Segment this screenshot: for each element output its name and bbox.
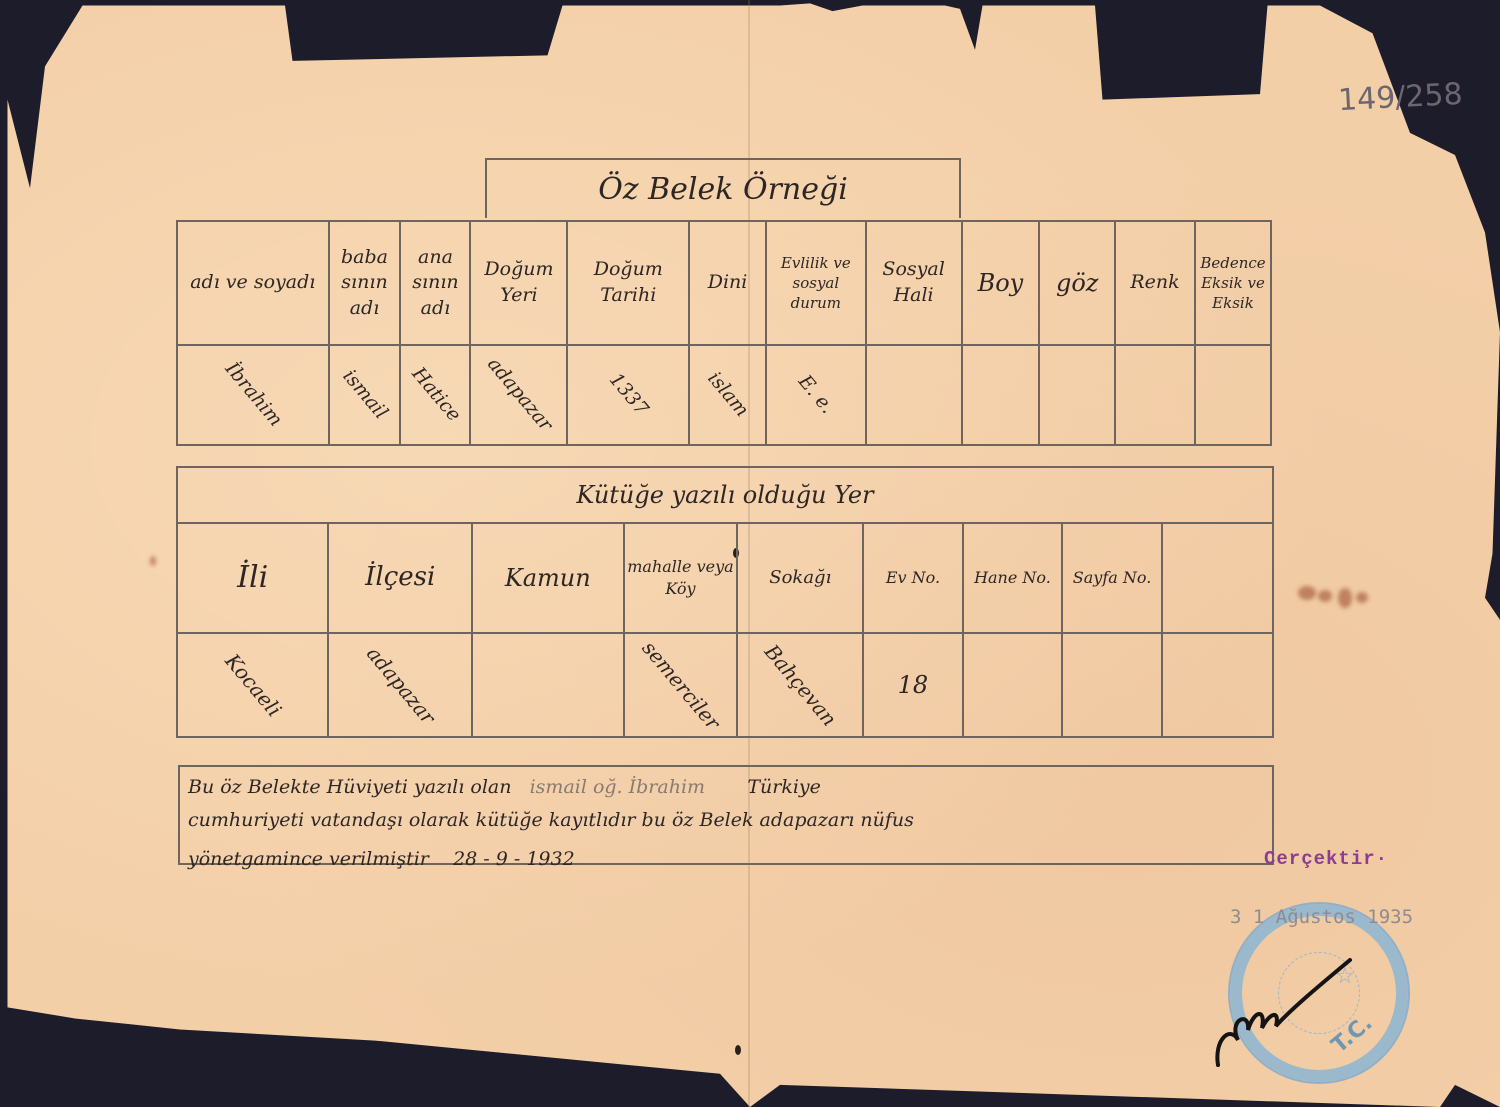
- certification-note: Bu öz Belekte Hüviyeti yazılı olan ismai…: [178, 765, 1274, 865]
- value-cell: [963, 633, 1063, 737]
- value-cell: adapazar: [470, 345, 567, 445]
- value-cell: [1062, 633, 1162, 737]
- table-header-row: adı ve soyadı baba sının adı ana sının a…: [177, 221, 1271, 345]
- stain: [1298, 586, 1316, 600]
- header-cell: [1162, 523, 1273, 633]
- registry-caption: Kütüğe yazılı olduğu Yer: [177, 467, 1273, 523]
- header-cell: Sayfa No.: [1062, 523, 1162, 633]
- note-line-1: Bu öz Belekte Hüviyeti yazılı olan ismai…: [188, 771, 1264, 804]
- value-cell: Kocaeli: [177, 633, 328, 737]
- personal-info-table: adı ve soyadı baba sının adı ana sının a…: [176, 220, 1272, 446]
- header-cell: Doğum Yeri: [470, 221, 567, 345]
- header-cell: Kamun: [472, 523, 624, 633]
- pin-hole: [735, 1045, 741, 1055]
- value-cell: semerciler: [624, 633, 738, 737]
- stain: [1356, 592, 1368, 603]
- archive-number: 149/258: [1337, 77, 1463, 118]
- header-cell: İlçesi: [328, 523, 472, 633]
- stain: [1318, 590, 1332, 602]
- stamp-date: 3 1 Ağustos 1935: [1230, 906, 1413, 928]
- value-cell: İbrahim: [177, 345, 329, 445]
- value-cell: E. e.: [766, 345, 866, 445]
- value-cell: [1039, 345, 1115, 445]
- signature: [1210, 930, 1360, 1070]
- header-cell: baba sının adı: [329, 221, 401, 345]
- header-cell: göz: [1039, 221, 1115, 345]
- value-cell: [1115, 345, 1195, 445]
- stain: [150, 556, 156, 566]
- value-cell: islam: [689, 345, 766, 445]
- table-row: İbrahim ismail Hatice adapazar 1337 isla…: [177, 345, 1271, 445]
- header-cell: Ev No.: [863, 523, 962, 633]
- header-cell: Bedence Eksik ve Eksik: [1195, 221, 1271, 345]
- note-line-3: yönetgamince verilmiştir 28 - 9 - 1932: [188, 843, 1264, 876]
- header-cell: Evlilik ve sosyal durum: [766, 221, 866, 345]
- header-cell: Renk: [1115, 221, 1195, 345]
- table-header-row: İli İlçesi Kamun mahalle veya Köy Sokağı…: [177, 523, 1273, 633]
- value-cell: adapazar: [328, 633, 472, 737]
- registry-location-table: Kütüğe yazılı olduğu Yer İli İlçesi Kamu…: [176, 466, 1274, 738]
- header-cell: ana sının adı: [400, 221, 470, 345]
- note-date: 28 - 9 - 1932: [453, 848, 575, 870]
- value-cell: ismail: [329, 345, 401, 445]
- header-cell: Dini: [689, 221, 766, 345]
- note-subject-name: ismail oğ. İbrahim: [530, 776, 705, 798]
- value-cell: [1162, 633, 1273, 737]
- header-cell: adı ve soyadı: [177, 221, 329, 345]
- header-cell: Sosyal Hali: [866, 221, 962, 345]
- stain: [1338, 588, 1352, 608]
- header-cell: Sokağı: [737, 523, 863, 633]
- header-cell: Doğum Tarihi: [567, 221, 689, 345]
- certified-stamp-text: Cerçektir·: [1264, 848, 1388, 870]
- value-cell: 1337: [567, 345, 689, 445]
- value-cell: [962, 345, 1040, 445]
- value-cell: [472, 633, 624, 737]
- table-row: Kocaeli adapazar semerciler Bahçevan 18: [177, 633, 1273, 737]
- value-cell: Bahçevan: [737, 633, 863, 737]
- note-line-2: cumhuriyeti vatandaşı olarak kütüğe kayı…: [188, 804, 1264, 837]
- value-cell: Hatice: [400, 345, 470, 445]
- value-cell: [1195, 345, 1271, 445]
- header-cell: İli: [177, 523, 328, 633]
- header-cell: Boy: [962, 221, 1040, 345]
- document-title: Öz Belek Örneği: [485, 158, 961, 218]
- value-cell: [866, 345, 962, 445]
- value-cell: 18: [863, 633, 962, 737]
- header-cell: mahalle veya Köy: [624, 523, 738, 633]
- header-cell: Hane No.: [963, 523, 1063, 633]
